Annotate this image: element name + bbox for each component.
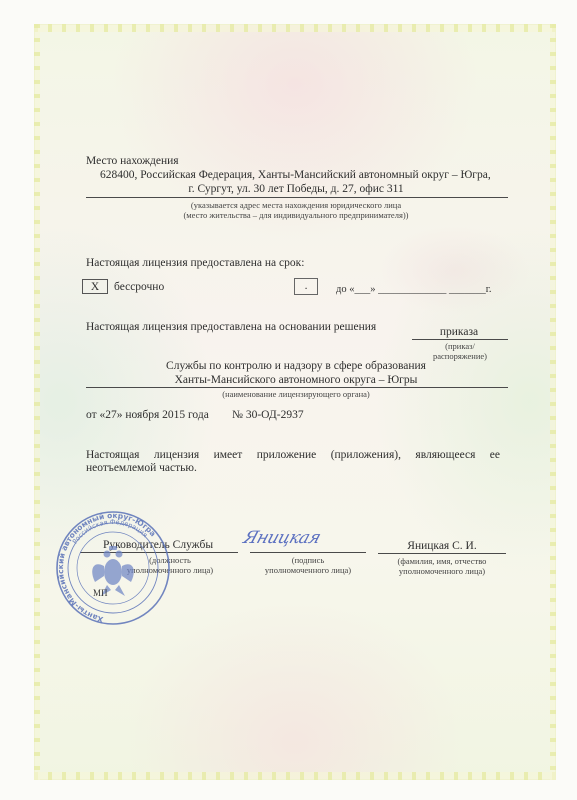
appendix-line-2: неотъемлемой частью. — [86, 462, 197, 475]
border-ornament-left — [34, 24, 40, 780]
address-line-1: 628400, Российская Федерация, Ханты-Манс… — [100, 169, 491, 182]
appendix-word: (приложения), — [331, 449, 401, 462]
term-label: Настоящая лицензия предоставлена на срок… — [86, 257, 304, 270]
until-date-checkbox[interactable]: . — [294, 278, 318, 295]
appendix-word: приложение — [257, 449, 317, 462]
security-paper-sheet — [34, 24, 556, 780]
border-ornament-top — [34, 24, 556, 32]
location-label: Место нахождения — [86, 155, 179, 168]
appendix-word: являющееся — [415, 449, 475, 462]
name-hint-1: (фамилия, имя, отчество — [378, 556, 506, 566]
address-line-2: г. Сургут, ул. 30 лет Победы, д. 27, офи… — [86, 183, 506, 196]
seal-place-mark: МП — [93, 588, 108, 598]
decision-type: приказа — [412, 326, 506, 339]
decision-type-underline — [412, 339, 508, 340]
authority-hint: (наименование лицензирующего органа) — [86, 389, 506, 399]
signature-underline — [250, 552, 366, 553]
appendix-word: ее — [490, 449, 500, 462]
indefinite-label: бессрочно — [114, 281, 164, 294]
authority-line-2: Ханты-Мансийского автономного округа – Ю… — [86, 374, 506, 387]
decision-date: от «27» ноября 2015 года — [86, 409, 209, 422]
name-underline — [378, 553, 506, 554]
appendix-word: Настоящая — [86, 449, 139, 462]
signer-full-name: Яницкая С. И. — [378, 540, 506, 553]
border-ornament-bottom — [34, 772, 556, 780]
indefinite-checkbox[interactable]: X — [82, 279, 108, 294]
official-seal-stamp: Ханты-Мансийский автономный округ-Югра Р… — [55, 510, 171, 626]
authority-line-1: Службы по контролю и надзору в сфере обр… — [86, 360, 506, 373]
appendix-line-1: Настоящая лицензия имеет приложение (при… — [86, 449, 500, 462]
border-ornament-right — [550, 24, 556, 780]
address-hint-1: (указывается адрес места нахождения юрид… — [86, 200, 506, 210]
address-hint-2: (место жительства – для индивидуального … — [86, 210, 506, 220]
basis-label: Настоящая лицензия предоставлена на осно… — [86, 321, 376, 334]
appendix-word: имеет — [214, 449, 243, 462]
appendix-word: лицензия — [154, 449, 199, 462]
watermark — [380, 225, 530, 315]
until-date-text: до «___» _____________ _______г. — [336, 283, 491, 296]
signature-hint-2: уполномоченного лица) — [250, 565, 366, 575]
decision-number: № 30-ОД-2937 — [232, 409, 304, 422]
name-hint-2: уполномоченного лица) — [378, 566, 506, 576]
decision-hint-1: (приказ/ — [412, 341, 508, 351]
authority-underline — [86, 387, 508, 388]
signature-hint-1: (подпись — [250, 555, 366, 565]
address-underline — [86, 197, 508, 198]
handwritten-signature: Яницкая — [241, 528, 323, 548]
